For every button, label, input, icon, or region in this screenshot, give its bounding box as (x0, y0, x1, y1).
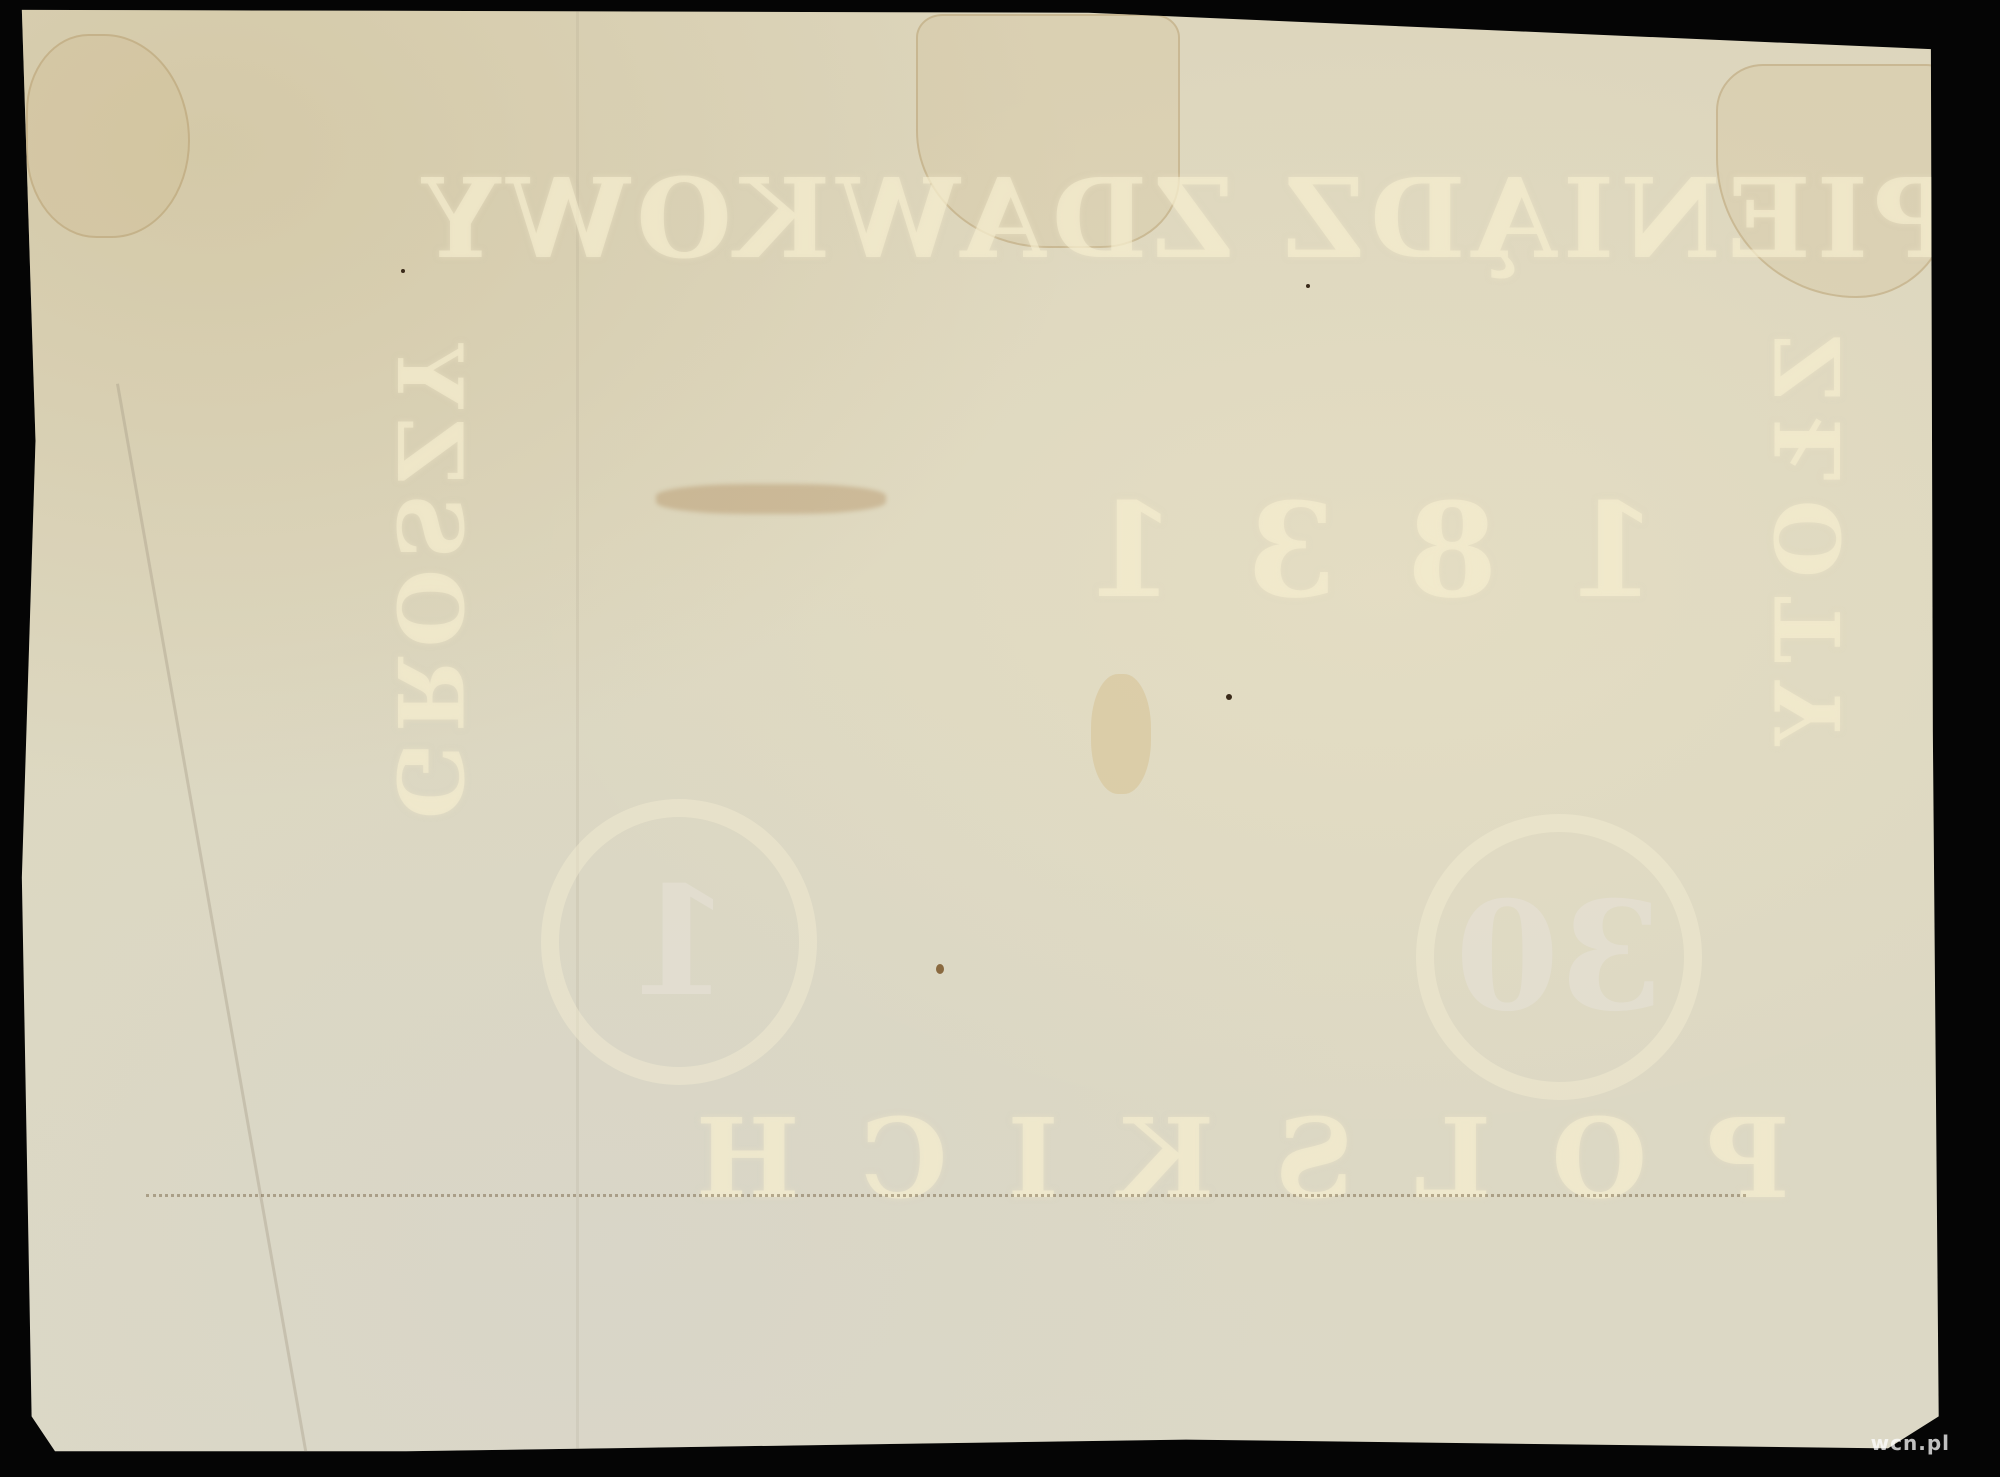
watermark-year: 1831 (1016, 474, 1658, 627)
paper-sheet: PIENIĄDZ ZDAWKOWY 1831 POLSKICH GROSZY Z… (16, 4, 1966, 1460)
watermark-circle-left-value: 1 (627, 854, 731, 1030)
speck (936, 964, 944, 974)
watermark-top-line: PIENIĄDZ ZDAWKOWY (416, 154, 1957, 283)
watermark-right-column: ZŁOTY (1756, 334, 1862, 763)
watermark-circle-right-value: 30 (1455, 869, 1664, 1045)
paper-crease (116, 383, 308, 1457)
brown-stain-mark (656, 484, 886, 514)
water-stain-top-left (26, 34, 190, 238)
speck (401, 269, 405, 273)
tan-stain-blob (1091, 674, 1151, 794)
watermark-circle-left: 1 (541, 799, 817, 1085)
speck (1226, 694, 1232, 700)
watermark-bottom-line: POLSKICH (636, 1094, 1790, 1223)
watermark-left-column: GROSZY (376, 334, 482, 819)
watermark-circle-right: 30 (1416, 814, 1702, 1100)
dotted-chain-line (146, 1194, 1746, 1197)
site-watermark-text: wcn.pl (1871, 1431, 1950, 1455)
speck (1306, 284, 1310, 288)
